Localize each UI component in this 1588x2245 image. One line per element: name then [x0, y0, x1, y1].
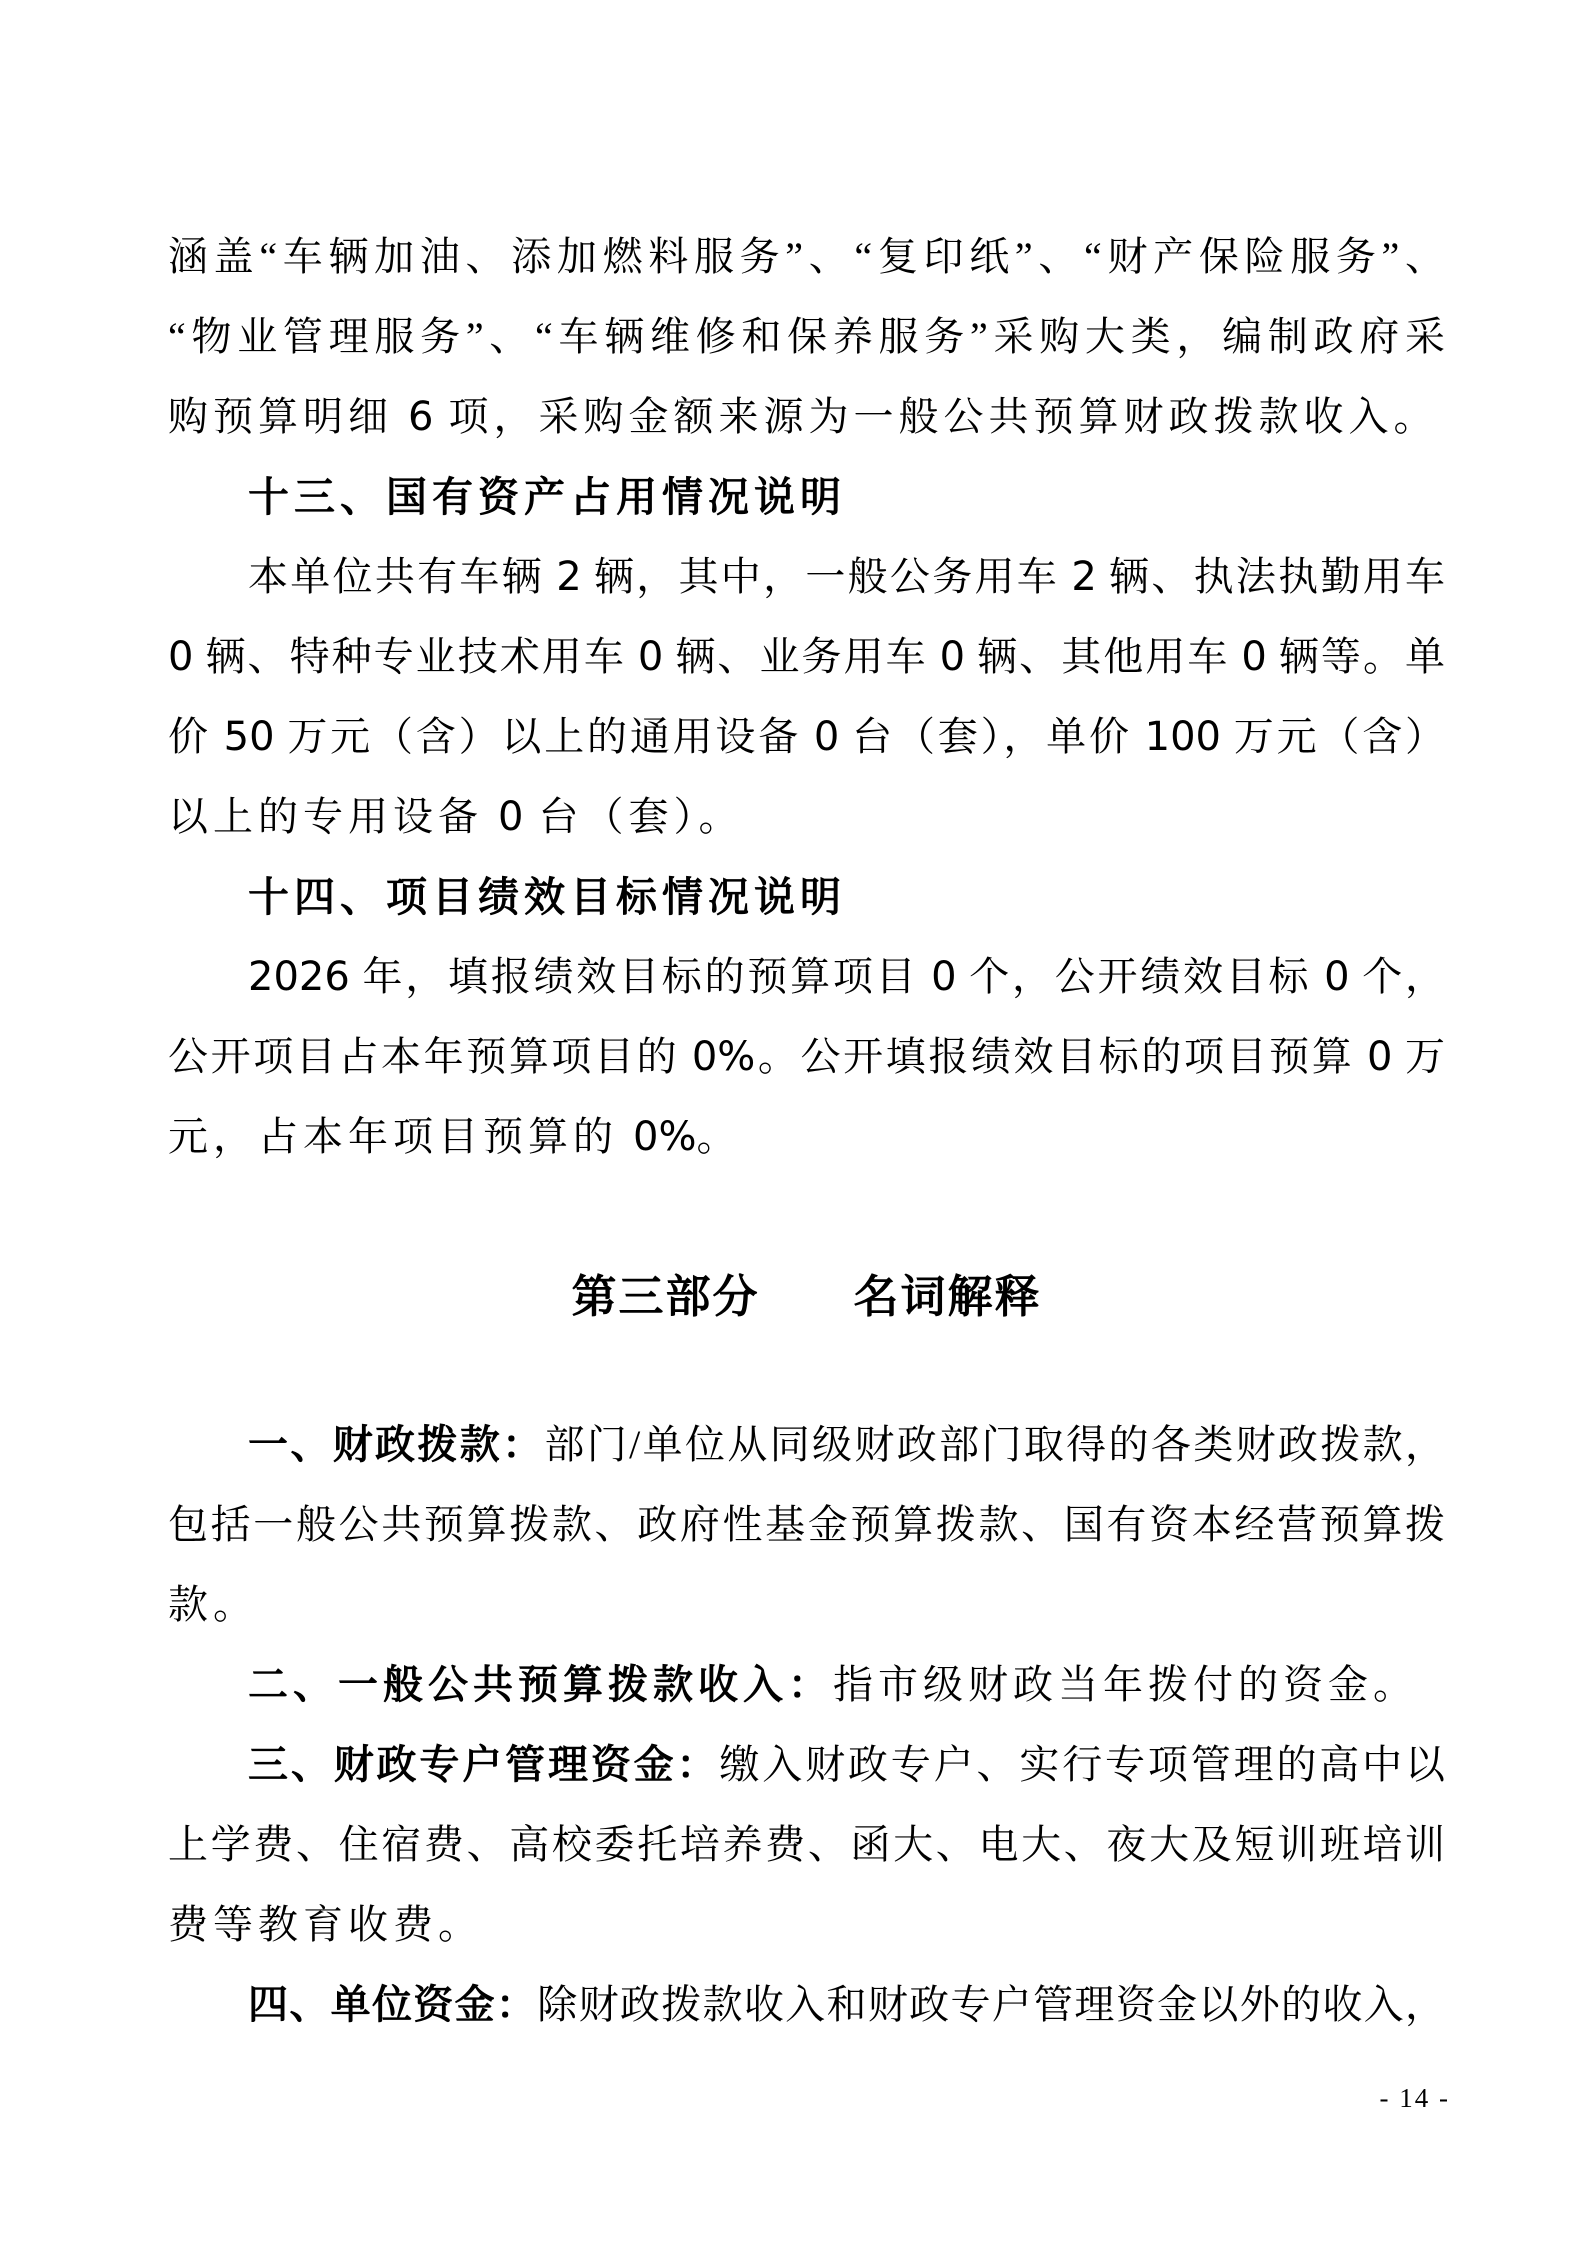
text-run: 除财政拨款收入和财政专户管理资金以外的收入， — [537, 1982, 1445, 2027]
number-run: 0 — [1324, 954, 1349, 1000]
number-run: 0 — [931, 954, 956, 1000]
text-run: 费等教育收费。 — [168, 1902, 483, 1947]
text-run: 项，采购金额来源为一般公共预算财政拨款收入。 — [433, 394, 1438, 439]
assets-line-3: 价 50 万元（含）以上的通用设备 0 台（套），单价 100 万元（含） — [168, 697, 1445, 777]
number-run: 0 — [1367, 1034, 1392, 1080]
text-run: 价 — [168, 714, 224, 759]
text-run: 指市级财政当年拨付的资金。 — [833, 1662, 1418, 1707]
text-run: 。 — [696, 1114, 741, 1159]
text-run: 包括一般公共预算拨款、政府性基金预算拨款、国有资本经营预算拨 — [168, 1502, 1445, 1547]
text-run: 台（套），单价 — [839, 714, 1144, 759]
text-run: 缴入财政专户、实行专项管理的高中以 — [719, 1742, 1445, 1787]
assets-line-1: 本单位共有车辆 2 辆，其中，一般公务用车 2 辆、执法执勤用车 — [168, 537, 1445, 617]
number-run: 0 — [940, 634, 965, 680]
text-run: 年，填报绩效目标的预算项目 — [350, 954, 931, 999]
number-run: 0 — [1241, 634, 1266, 680]
definition-term: 二、一般公共预算拨款收入： — [248, 1663, 833, 1707]
number-run: 2026 — [248, 954, 350, 1000]
text-run: 公开项目占本年预算项目的 — [168, 1034, 692, 1079]
assets-line-4: 以上的专用设备 0 台（套）。 — [168, 777, 1445, 857]
number-run: 0% — [633, 1114, 696, 1160]
text-run: 辆、业务用车 — [663, 634, 939, 679]
page-number: - 14 - — [1380, 2083, 1450, 2113]
definition-general-budget-income: 二、一般公共预算拨款收入：指市级财政当年拨付的资金。 — [168, 1645, 1445, 1725]
text-run: 个， — [1350, 954, 1446, 999]
text-run: “物业管理服务”、“车辆维修和保养服务”采购大类，编制政府采 — [168, 314, 1445, 359]
text-run: 元，占本年项目预算的 — [168, 1114, 633, 1159]
definition-special-account-line-2: 上学费、住宿费、高校委托培养费、函大、电大、夜大及短训班培训 — [168, 1805, 1445, 1885]
definition-unit-funds: 四、单位资金：除财政拨款收入和财政专户管理资金以外的收入， — [168, 1965, 1445, 2045]
text-run: 。公开填报绩效目标的项目预算 — [755, 1034, 1367, 1079]
definitions-section: 一、财政拨款：部门/单位从同级财政部门取得的各类财政拨款， 包括一般公共预算拨款… — [168, 1405, 1445, 2045]
text-run: 辆、特种专业技术用车 — [193, 634, 637, 679]
document-body: 涵盖“车辆加油、添加燃料服务”、“复印纸”、“财产保险服务”、 “物业管理服务”… — [168, 217, 1445, 2045]
definition-term: 一、财政拨款： — [248, 1423, 544, 1467]
definition-fiscal-appropriation-line-3: 款。 — [168, 1565, 1445, 1645]
number-run: 0 — [638, 634, 663, 680]
number-run: 0 — [168, 634, 193, 680]
text-run: 辆，其中，一般公务用车 — [582, 554, 1072, 599]
text-run: 部门/单位从同级财政部门取得的各类财政拨款， — [544, 1422, 1445, 1467]
number-run: 50 — [224, 714, 275, 760]
text-run: 本单位共有车辆 — [248, 554, 556, 599]
text-run: 购预算明细 — [168, 394, 408, 439]
heading-performance-targets: 十四、项目绩效目标情况说明 — [168, 857, 1445, 937]
performance-line-1: 2026 年，填报绩效目标的预算项目 0 个，公开绩效目标 0 个， — [168, 937, 1445, 1017]
text-run: 万 — [1392, 1034, 1445, 1079]
heading-state-assets: 十三、国有资产占用情况说明 — [168, 457, 1445, 537]
part3-title-text: 第三部分 名词解释 — [571, 1272, 1041, 1322]
text-run: 款。 — [168, 1582, 258, 1627]
performance-line-3: 元，占本年项目预算的 0%。 — [168, 1097, 1445, 1177]
definition-special-account-line-3: 费等教育收费。 — [168, 1885, 1445, 1965]
text-run: 以上的专用设备 — [168, 794, 498, 839]
heading-text: 十三、国有资产占用情况说明 — [248, 474, 846, 520]
definition-term: 四、单位资金： — [248, 1983, 537, 2027]
text-run: 涵盖“车辆加油、添加燃料服务”、“复印纸”、“财产保险服务”、 — [168, 234, 1445, 279]
number-run: 2 — [556, 554, 581, 600]
definition-fiscal-appropriation-line-2: 包括一般公共预算拨款、政府性基金预算拨款、国有资本经营预算拨 — [168, 1485, 1445, 1565]
performance-line-2: 公开项目占本年预算项目的 0%。公开填报绩效目标的项目预算 0 万 — [168, 1017, 1445, 1097]
procurement-line-3: 购预算明细 6 项，采购金额来源为一般公共预算财政拨款收入。 — [168, 377, 1445, 457]
definition-fiscal-appropriation-line-1: 一、财政拨款：部门/单位从同级财政部门取得的各类财政拨款， — [168, 1405, 1445, 1485]
number-run: 0% — [692, 1034, 755, 1080]
number-run: 100 — [1145, 714, 1221, 760]
definition-term: 三、财政专户管理资金： — [248, 1743, 719, 1787]
text-run: 辆等。单 — [1267, 634, 1445, 679]
number-run: 0 — [814, 714, 839, 760]
text-run: 上学费、住宿费、高校委托培养费、函大、电大、夜大及短训班培训 — [168, 1822, 1445, 1867]
part3-title: 第三部分 名词解释 — [168, 1257, 1445, 1337]
number-run: 2 — [1071, 554, 1096, 600]
procurement-line-2: “物业管理服务”、“车辆维修和保养服务”采购大类，编制政府采 — [168, 297, 1445, 377]
text-run: 辆、其他用车 — [965, 634, 1241, 679]
definition-special-account-line-1: 三、财政专户管理资金：缴入财政专户、实行专项管理的高中以 — [168, 1725, 1445, 1805]
heading-text: 十四、项目绩效目标情况说明 — [248, 874, 846, 920]
number-run: 6 — [408, 394, 433, 440]
text-run: 台（套）。 — [523, 794, 743, 839]
document-page: 涵盖“车辆加油、添加燃料服务”、“复印纸”、“财产保险服务”、 “物业管理服务”… — [0, 0, 1588, 2245]
text-run: 万元（含） — [1221, 714, 1445, 759]
text-run: 个，公开绩效目标 — [957, 954, 1325, 999]
procurement-line-1: 涵盖“车辆加油、添加燃料服务”、“复印纸”、“财产保险服务”、 — [168, 217, 1445, 297]
assets-line-2: 0 辆、特种专业技术用车 0 辆、业务用车 0 辆、其他用车 0 辆等。单 — [168, 617, 1445, 697]
number-run: 0 — [498, 794, 523, 840]
text-run: 辆、执法执勤用车 — [1097, 554, 1445, 599]
text-run: 万元（含）以上的通用设备 — [275, 714, 814, 759]
